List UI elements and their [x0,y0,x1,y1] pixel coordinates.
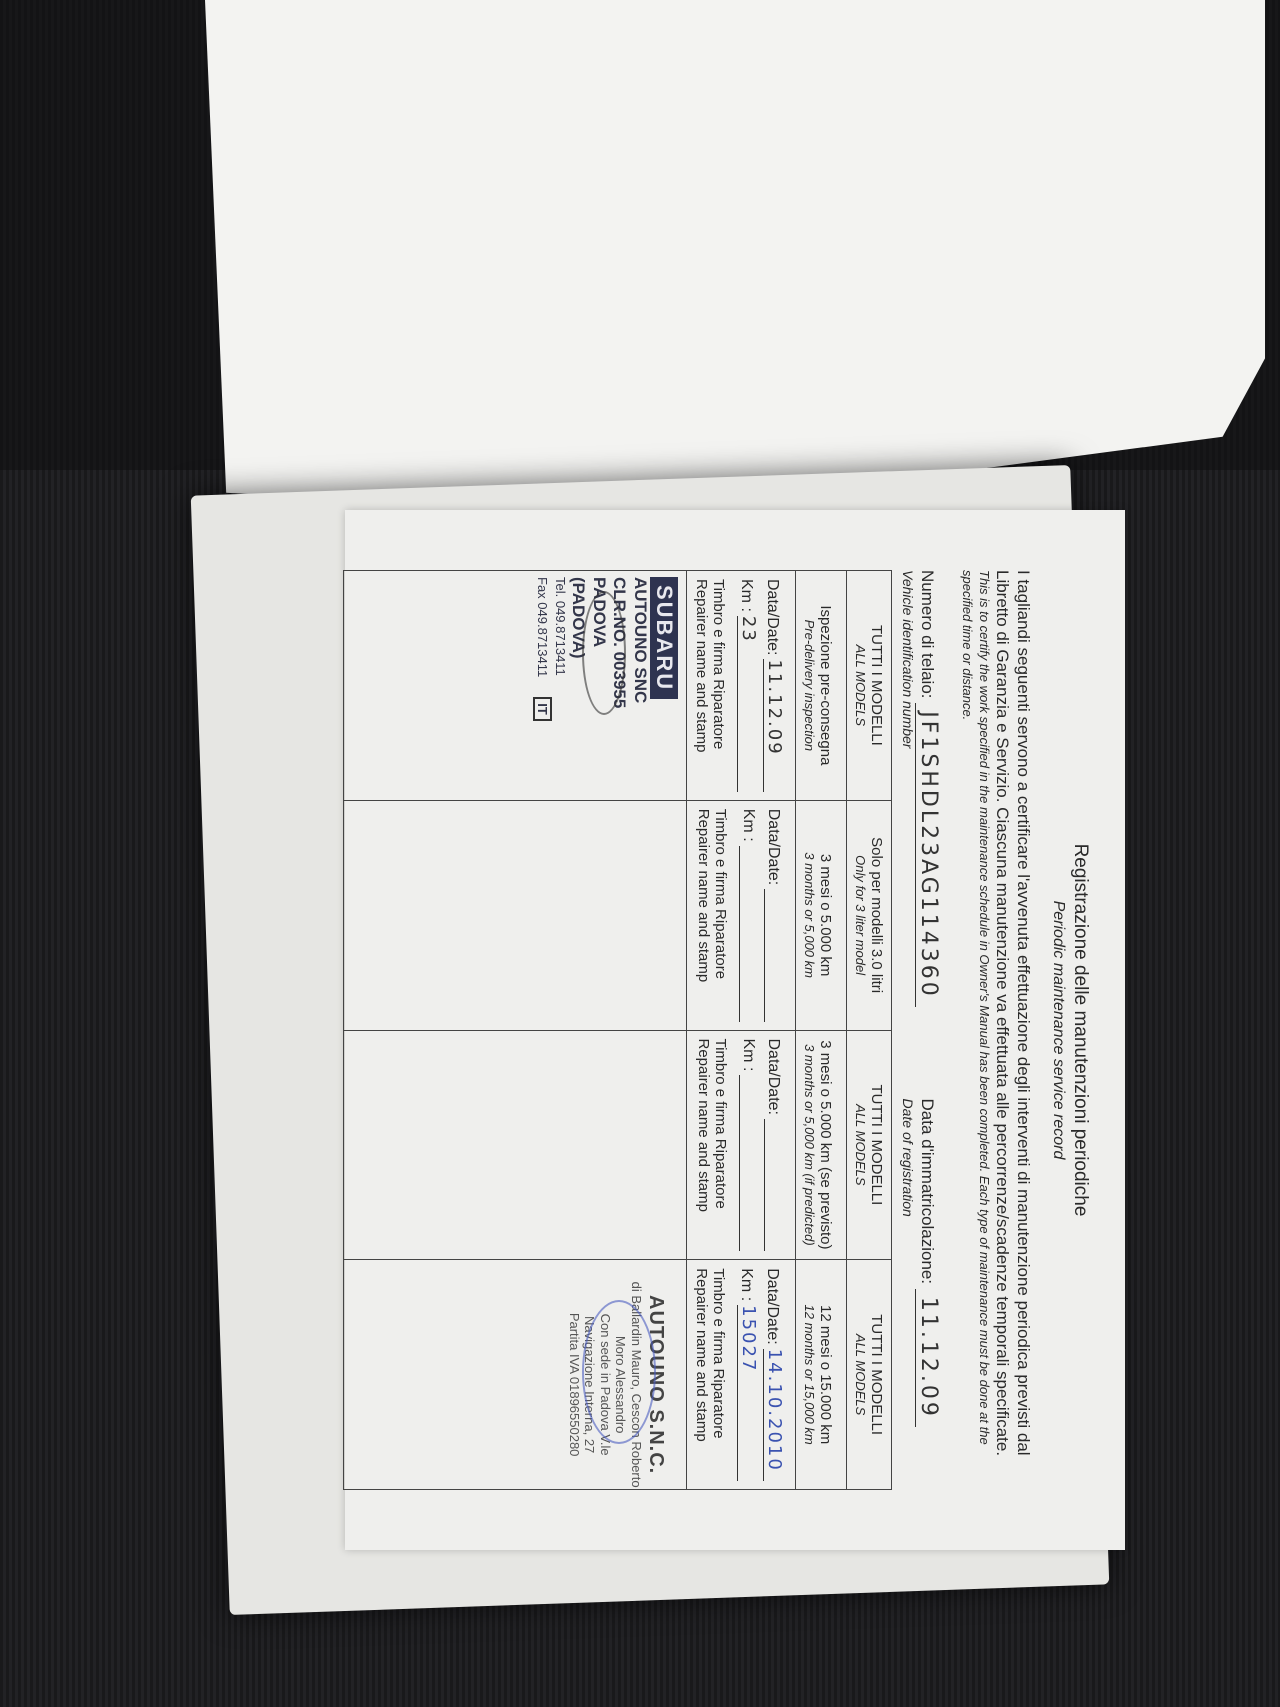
registration-block: Data d'immatricolazione: 11.12.09 Date o… [900,1099,941,1490]
interval-cell: 12 mesi o 15.000 km12 months or 15,000 k… [796,1260,847,1490]
signature-label-it: Timbro e firma Riparatore [710,1268,727,1481]
vin-label: Numero di telaio: [918,570,937,699]
date-label: Data/Date: [764,809,782,885]
fields-cell: Data/Date:14.10.2010 Km :15027 Timbro e … [687,1260,796,1490]
signature-label-en: Repairer name and stamp [695,1039,712,1252]
km-field[interactable]: 23 [737,616,759,792]
column-header: Solo per modelli 3.0 litriOnly for 3 lit… [847,800,892,1030]
date-label: Data/Date: [763,579,781,655]
fields-cell: Data/Date: Km : Timbro e firma Riparator… [687,1030,796,1260]
registration-label-en: Date of registration [900,1099,916,1490]
interval-row: Ispezione pre-consegnaPre-delivery inspe… [796,571,847,1490]
signature-scribble [582,591,626,715]
stamp-cell: AUTOUNO S.N.C. di Ballardin Mauro, Cesco… [344,1260,687,1490]
date-label: Data/Date: [763,1268,781,1344]
registration-label: Data d'immatricolazione: [918,1099,937,1285]
date-label: Data/Date: [764,1039,782,1115]
km-label: Km : [737,579,755,612]
registration-value: 11.12.09 [915,1289,941,1427]
date-field[interactable] [764,1119,785,1251]
column-header: TUTTI I MODELLIALL MODELS [847,1030,892,1260]
column-header: TUTTI I MODELLIALL MODELS [847,1260,892,1490]
maintenance-schedule-table: TUTTI I MODELLIALL MODELS Solo per model… [343,570,892,1490]
date-field[interactable]: 14.10.2010 [763,1349,785,1481]
page-title: Registrazione delle manutenzioni periodi… [1069,570,1091,1490]
km-field[interactable] [739,846,760,1022]
intro-italian: I tagliandi seguenti servono a certifica… [992,570,1033,1490]
km-label: Km : [737,1268,755,1301]
signature-label-it: Timbro e firma Riparatore [710,579,727,792]
km-label: Km : [739,809,757,842]
intro-english: This is to certify the work specified in… [959,570,992,1490]
signature-scribble [582,1300,656,1444]
header-row: TUTTI I MODELLIALL MODELS Solo per model… [847,571,892,1490]
page-subtitle: Periodic maintenance service record [1049,570,1067,1490]
date-field[interactable] [764,889,785,1021]
stamp-cell [344,1030,687,1260]
stamp-row: SUBARU AUTOUNO SNC CLR.NO. 003955 PADOVA… [344,571,687,1490]
fields-cell: Data/Date: Km : Timbro e firma Riparator… [687,800,796,1030]
signature-label-it: Timbro e firma Riparatore [712,1039,729,1252]
interval-cell: Ispezione pre-consegnaPre-delivery inspe… [796,571,847,801]
column-header: TUTTI I MODELLIALL MODELS [847,571,892,801]
km-field[interactable]: 15027 [737,1305,759,1481]
vehicle-info-row: Numero di telaio: JF1SHDL23AG114360 Vehi… [900,570,941,1490]
interval-cell: 3 mesi o 5.000 km3 months or 5,000 km [796,800,847,1030]
vin-block: Numero di telaio: JF1SHDL23AG114360 Vehi… [900,570,941,1099]
vin-value: JF1SHDL23AG114360 [915,703,941,1007]
fields-cell: Data/Date:11.12.09 Km :23 Timbro e firma… [687,571,796,801]
km-field[interactable] [739,1075,760,1251]
maintenance-record-page: Registrazione delle manutenzioni periodi… [345,510,1125,1550]
fields-row: Data/Date:11.12.09 Km :23 Timbro e firma… [687,571,796,1490]
signature-label-en: Repairer name and stamp [695,809,712,1022]
vin-label-en: Vehicle identification number [900,570,916,1099]
country-code-box: IT [533,697,553,721]
signature-label-en: Repairer name and stamp [693,579,710,792]
signature-label-en: Repairer name and stamp [693,1268,710,1481]
subaru-logo: SUBARU [650,577,678,699]
stamp-cell: SUBARU AUTOUNO SNC CLR.NO. 003955 PADOVA… [344,571,687,801]
km-label: Km : [739,1039,757,1072]
signature-label-it: Timbro e firma Riparatore [712,809,729,1022]
date-field[interactable]: 11.12.09 [763,659,785,791]
interval-cell: 3 mesi o 5.000 km (se previsto)3 months … [796,1030,847,1260]
stamp-cell [344,800,687,1030]
